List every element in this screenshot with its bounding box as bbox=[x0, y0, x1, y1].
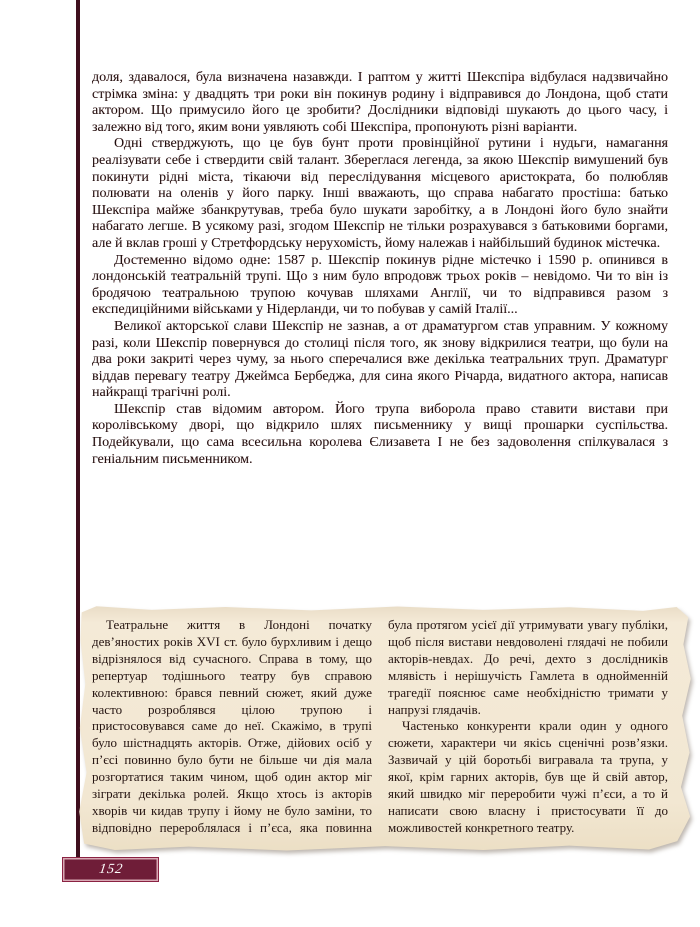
body-paragraph: Великої акторської слави Шекспір не зазн… bbox=[92, 319, 668, 402]
callout-paragraph: Частенько конкуренти крали один у одного… bbox=[388, 718, 668, 836]
torn-paper-background: Театральне життя в Лондоні початку дев’я… bbox=[78, 605, 692, 851]
body-paragraph: Шекспір став відомим автором. Його трупа… bbox=[92, 402, 668, 468]
callout-box: Театральне життя в Лондоні початку дев’я… bbox=[78, 605, 692, 851]
page-number-badge: 152 bbox=[62, 857, 159, 882]
page-number: 152 bbox=[97, 862, 123, 878]
callout-text-columns: Театральне життя в Лондоні початку дев’я… bbox=[78, 605, 692, 851]
textbook-page: доля, здавалося, була визначена назавжди… bbox=[0, 0, 700, 927]
body-paragraph: Достеменно відомо одне: 1587 р. Шекспір … bbox=[92, 253, 668, 319]
body-paragraph: Одні стверджують, що це був бунт проти п… bbox=[92, 136, 668, 252]
main-text: доля, здавалося, була визначена назавжди… bbox=[92, 70, 668, 468]
body-paragraph: доля, здавалося, була визначена назавжди… bbox=[92, 70, 668, 136]
